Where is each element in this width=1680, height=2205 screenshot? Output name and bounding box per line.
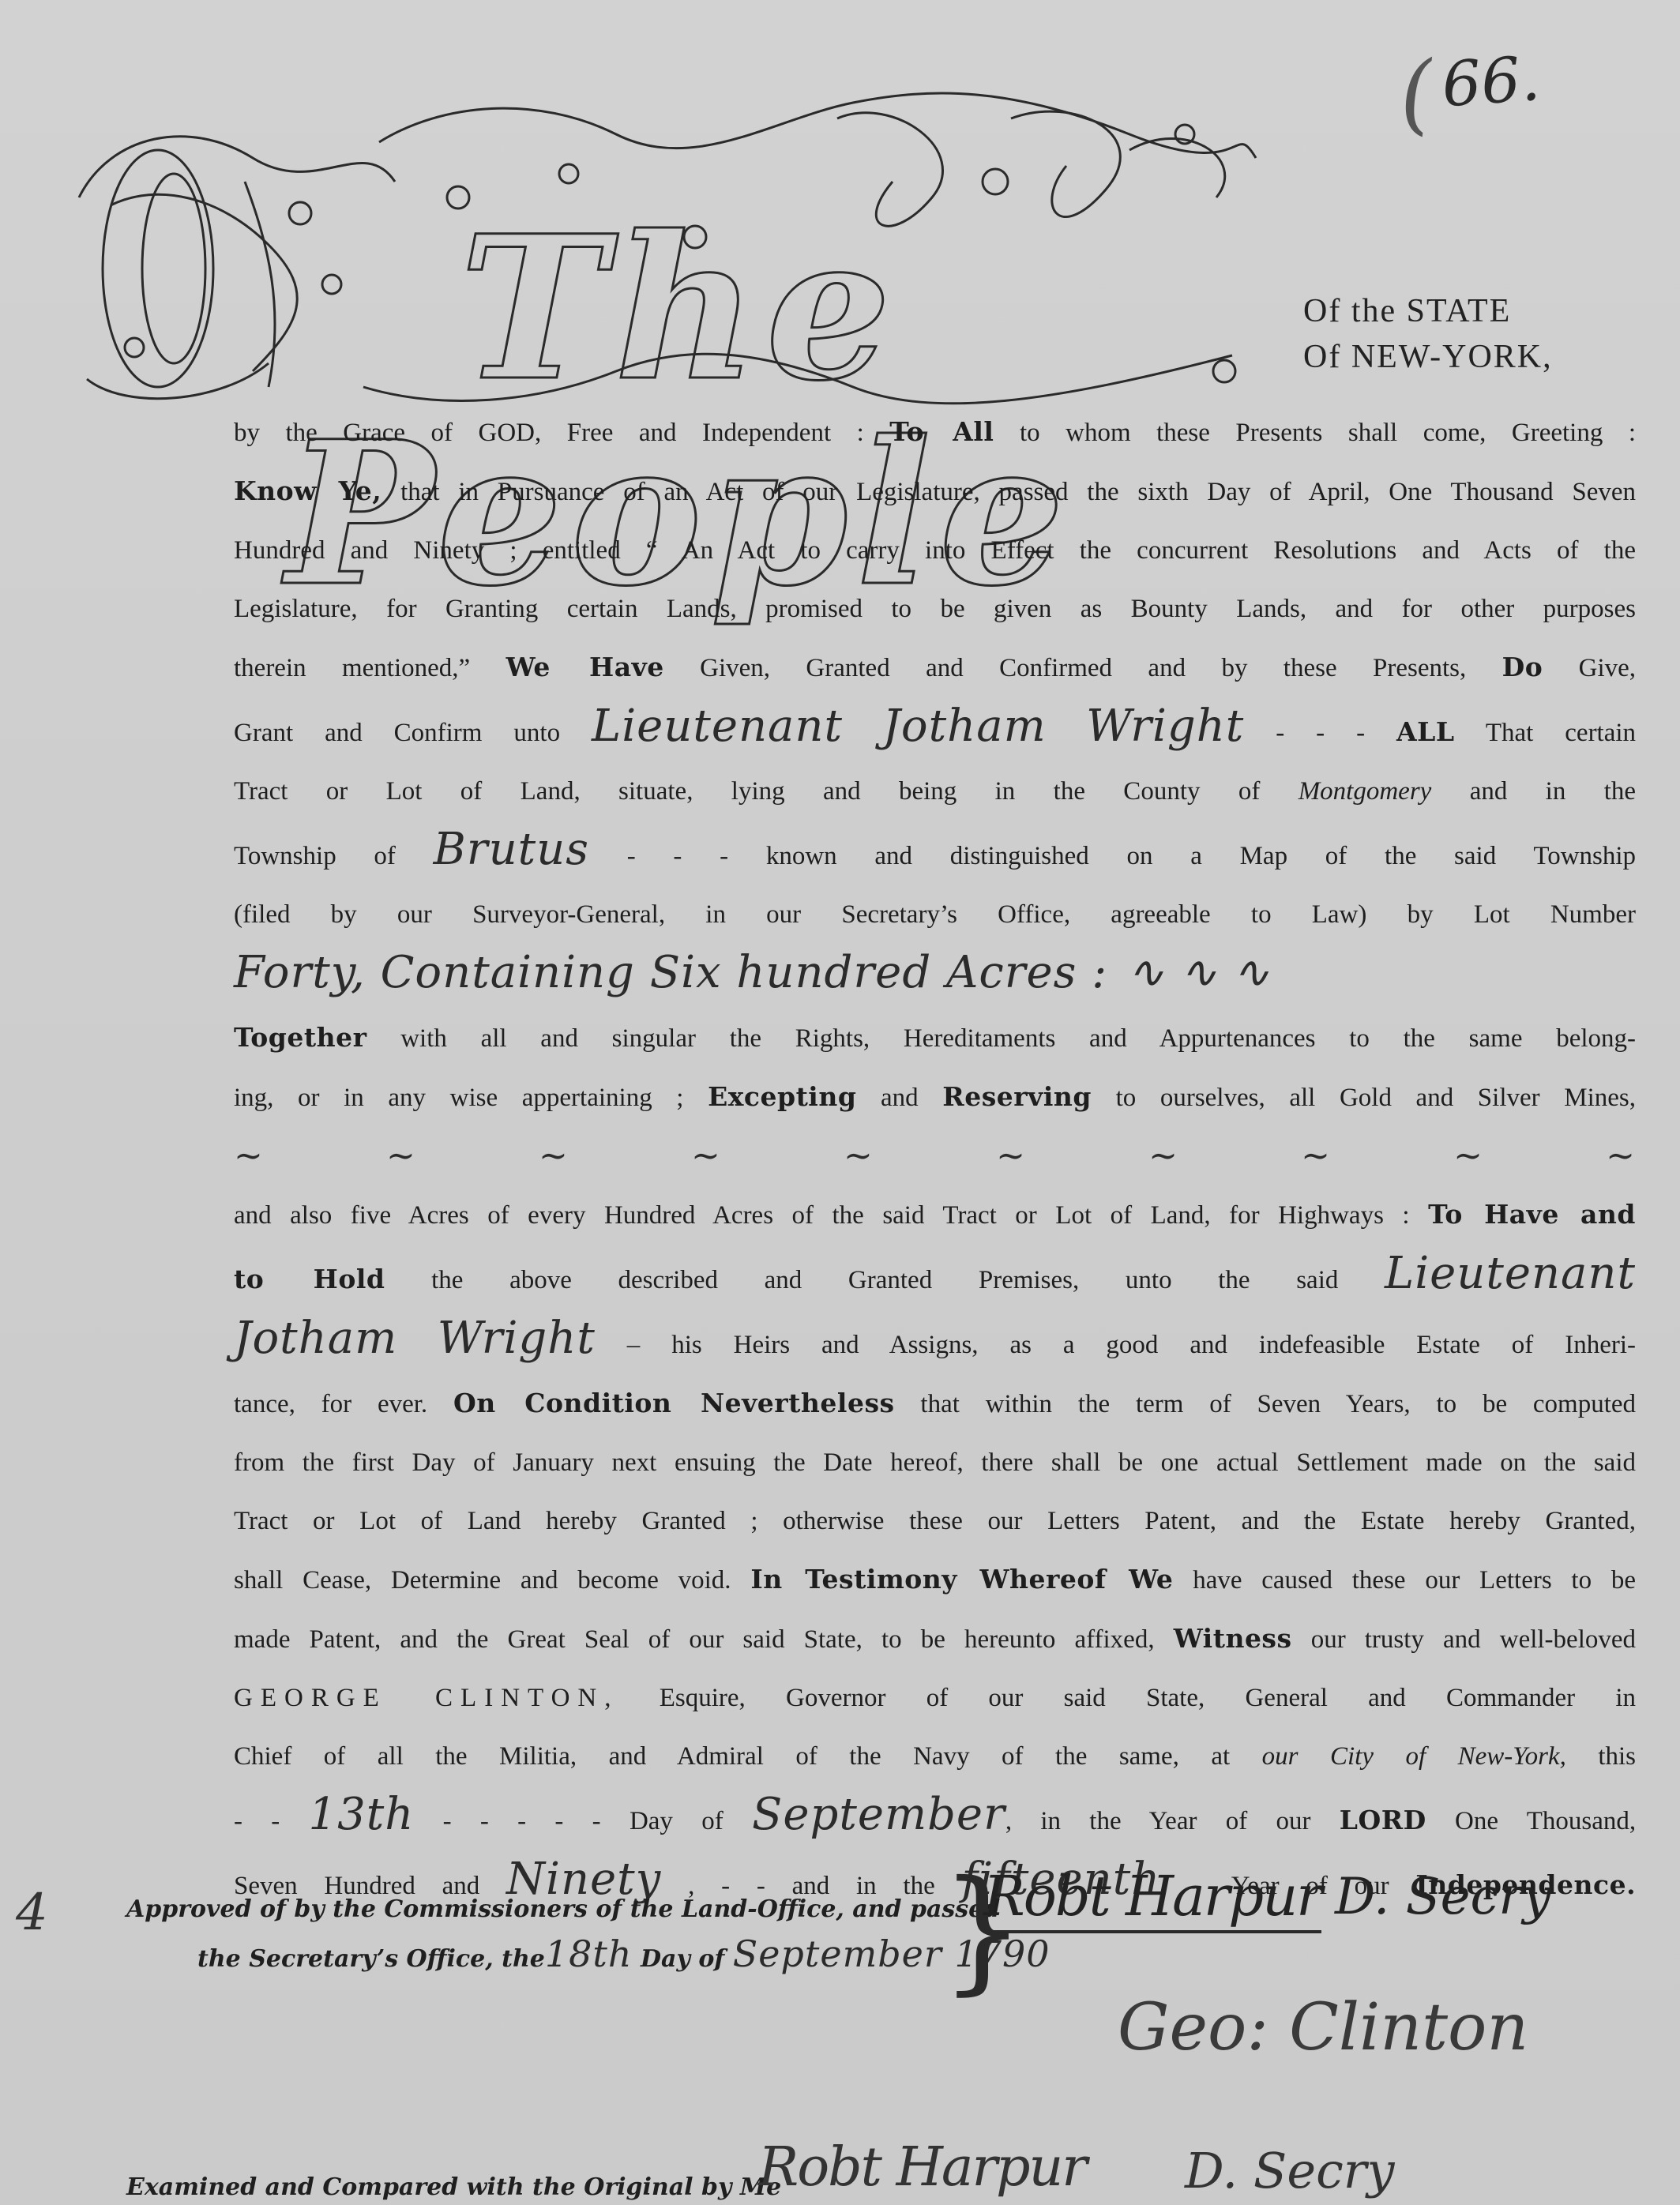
body-line: Hundred and Ninety ; entitled “ An Act t… bbox=[234, 521, 1636, 580]
body-line: shall Cease, Determine and become void. … bbox=[234, 1550, 1636, 1610]
state-heading: Of the STATE Of NEW-YORK, bbox=[1303, 288, 1553, 380]
county-name: Montgomery bbox=[1299, 777, 1432, 806]
handwritten-month: September bbox=[752, 1789, 1005, 1840]
folio-number: (66. bbox=[1395, 19, 1543, 130]
body-line: GEORGE CLINTON, Esquire, Governor of our… bbox=[234, 1669, 1636, 1727]
land-patent-document: (66. The People Of the STATE Of NEW-YORK… bbox=[0, 0, 1680, 2205]
governor-signature: Geo: Clinton bbox=[1118, 1990, 1528, 2065]
handwritten-lot-description: Forty, Containing Six hundred Acres : bbox=[234, 947, 1107, 998]
examiner-title: D. Secry bbox=[1185, 2142, 1394, 2199]
banner-title: The People bbox=[111, 205, 1248, 411]
flourish-line: ∼ ∼ ∼ ∼ ∼ ∼ ∼ ∼ ∼ ∼ bbox=[234, 1127, 1636, 1185]
handwritten-day: 13th bbox=[309, 1789, 415, 1840]
body-line: Together with all and singular the Right… bbox=[234, 1009, 1636, 1068]
body-line: Legislature, for Granting certain Lands,… bbox=[234, 580, 1636, 638]
body-line: Tract or Lot of Land hereby Granted ; ot… bbox=[234, 1492, 1636, 1550]
secretary-signature: Robt Harpur bbox=[983, 1864, 1321, 1933]
body-line: made Patent, and the Great Seal of our s… bbox=[234, 1610, 1636, 1669]
body-line-township: Township of Brutus - - - known and disti… bbox=[234, 821, 1636, 885]
handwritten-township: Brutus bbox=[434, 824, 589, 875]
body-line: from the first Day of January next ensui… bbox=[234, 1433, 1636, 1492]
examined-statement: Examined and Compared with the Original … bbox=[126, 2173, 781, 2201]
body-line: Chief of all the Militia, and Admiral of… bbox=[234, 1727, 1636, 1786]
body-line: to Hold the above described and Granted … bbox=[234, 1245, 1636, 1309]
body-line: (filed by our Surveyor-General, in our S… bbox=[234, 885, 1636, 944]
body-line: tance, for ever. On Condition Neverthele… bbox=[234, 1374, 1636, 1433]
body-line: ing, or in any wise appertaining ; Excep… bbox=[234, 1068, 1636, 1127]
ornamental-banner: The People bbox=[63, 87, 1264, 419]
handwritten-approval-day: 18th bbox=[545, 1933, 633, 1975]
secretary-title: D. Secry bbox=[1335, 1868, 1551, 1926]
body-line: Jotham Wright – his Heirs and Assigns, a… bbox=[234, 1309, 1636, 1374]
body-line-lot: Forty, Containing Six hundred Acres : ∿ … bbox=[234, 944, 1636, 1009]
body-line: and also five Acres of every Hundred Acr… bbox=[234, 1185, 1636, 1245]
margin-number: 4 bbox=[16, 1884, 48, 1942]
body-line-grantee: Grant and Confirm unto Lieutenant Jotham… bbox=[234, 697, 1636, 762]
body-line: Tract or Lot of Land, situate, lying and… bbox=[234, 762, 1636, 821]
patent-body: by the Grace of GOD, Free and Independen… bbox=[234, 403, 1636, 1915]
body-line: by the Grace of GOD, Free and Independen… bbox=[234, 403, 1636, 462]
body-line: Know Ye, that in Pursuance of an Act of … bbox=[234, 462, 1636, 521]
body-line-date: - - 13th - - - - - Day of September, in … bbox=[234, 1786, 1636, 1850]
approval-statement: Approved of by the Commissioners of the … bbox=[126, 1888, 1050, 1981]
examiner-signature: Robt Harpur bbox=[758, 2136, 1086, 2199]
body-line: therein mentioned,” We Have Given, Grant… bbox=[234, 638, 1636, 697]
handwritten-grantee: Lieutenant Jotham Wright bbox=[592, 701, 1244, 752]
